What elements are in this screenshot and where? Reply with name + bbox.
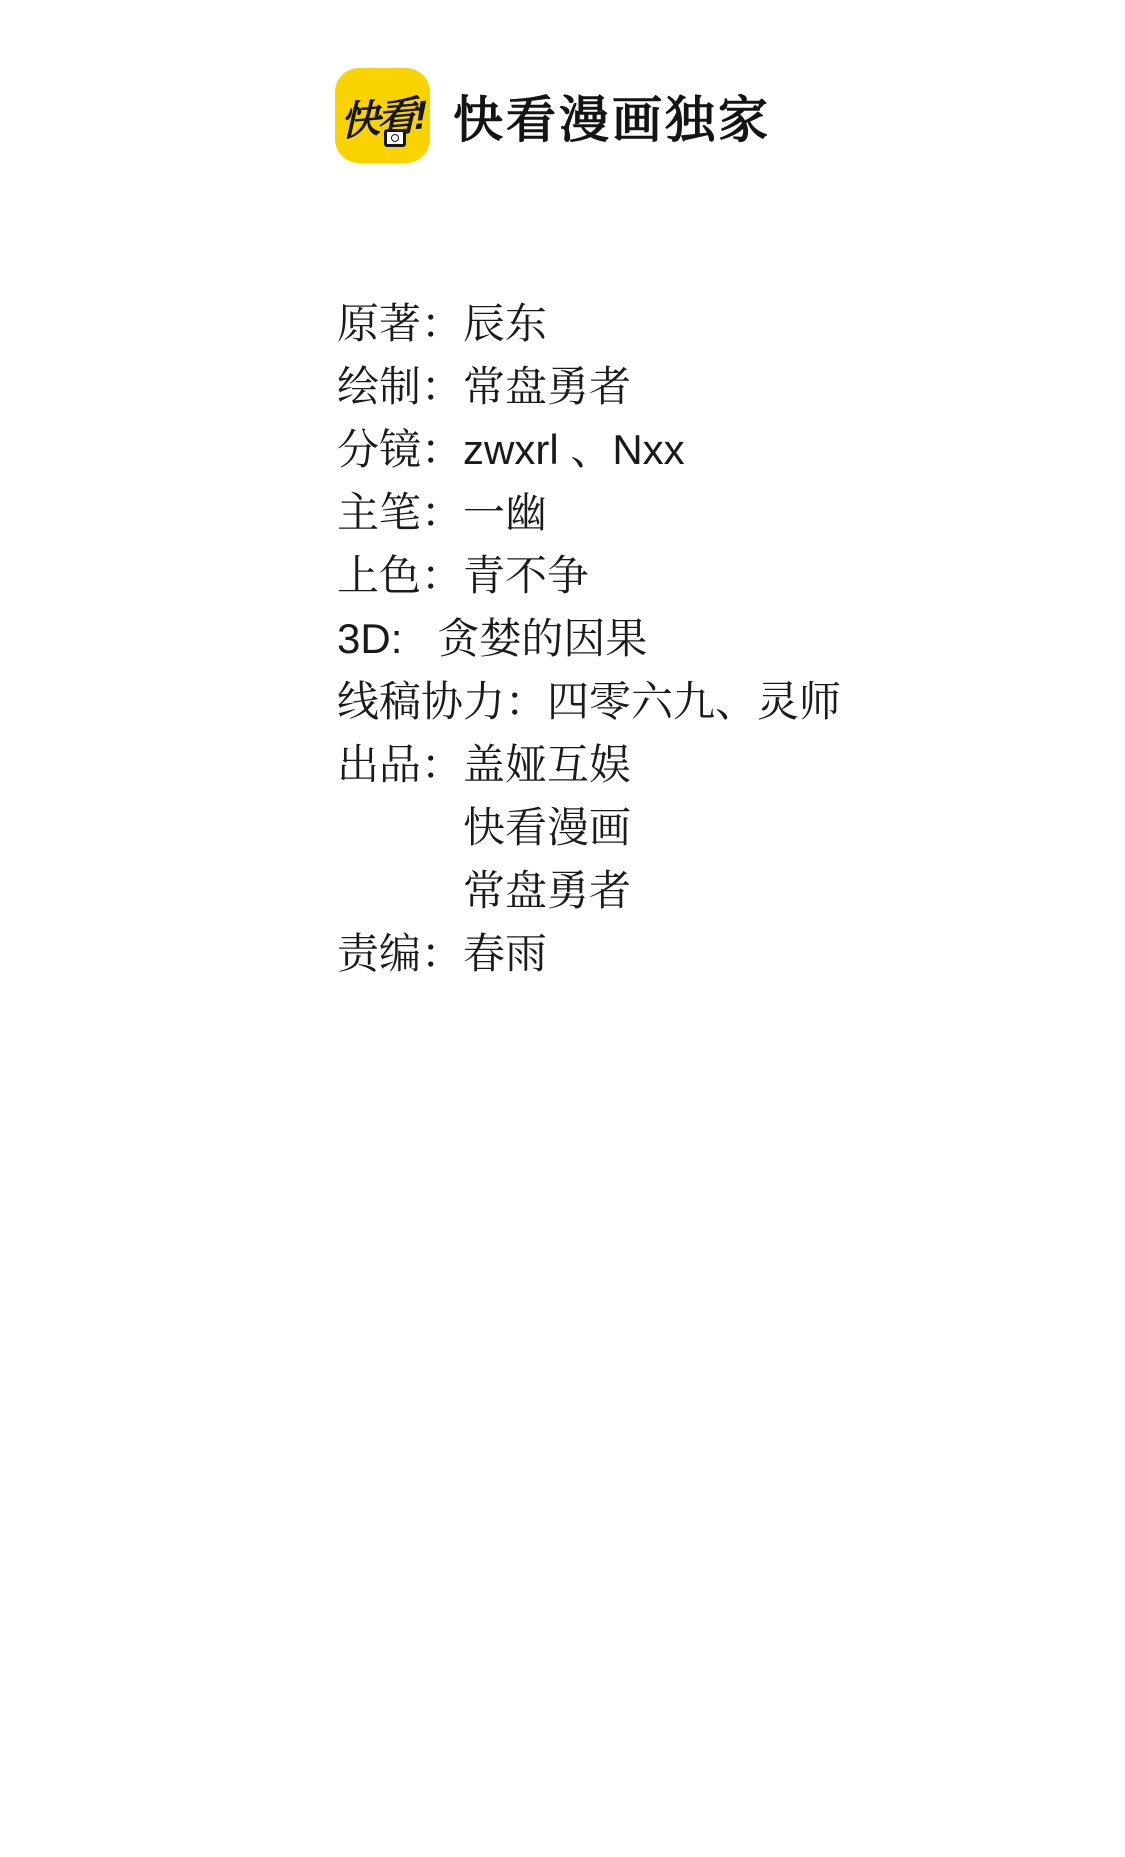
credit-line-3d: 3D: 贪婪的因果: [337, 607, 841, 670]
credit-line-original-author: 原著：辰东: [337, 292, 841, 355]
credit-line-coloring: 上色：青不争: [337, 544, 841, 607]
kuaikan-logo-text: 快看!: [340, 83, 425, 147]
camera-icon: [384, 129, 406, 147]
credit-line-storyboard: 分镜：zwxrl 、Nxx: [337, 418, 841, 481]
credit-line-producer-3: 常盘勇者: [337, 859, 841, 922]
credit-line-lineart-assist: 线稿协力：四零六九、灵师: [337, 670, 841, 733]
credit-line-producer-2: 快看漫画: [337, 796, 841, 859]
credits-list: 原著：辰东 绘制：常盘勇者 分镜：zwxrl 、Nxx 主笔：一幽 上色：青不争…: [337, 292, 841, 985]
credit-line-artist: 绘制：常盘勇者: [337, 355, 841, 418]
header: 快看! 快看漫画独家: [335, 68, 771, 163]
credit-line-editor: 责编：春雨: [337, 922, 841, 985]
credit-line-producer: 出品：盖娅互娱: [337, 733, 841, 796]
kuaikan-logo-icon: 快看!: [335, 68, 430, 163]
credit-line-lead-artist: 主笔：一幽: [337, 481, 841, 544]
credits-page: 快看! 快看漫画独家 原著：辰东 绘制：常盘勇者 分镜：zwxrl 、Nxx 主…: [0, 0, 1125, 1857]
page-title: 快看漫画独家: [453, 80, 771, 152]
